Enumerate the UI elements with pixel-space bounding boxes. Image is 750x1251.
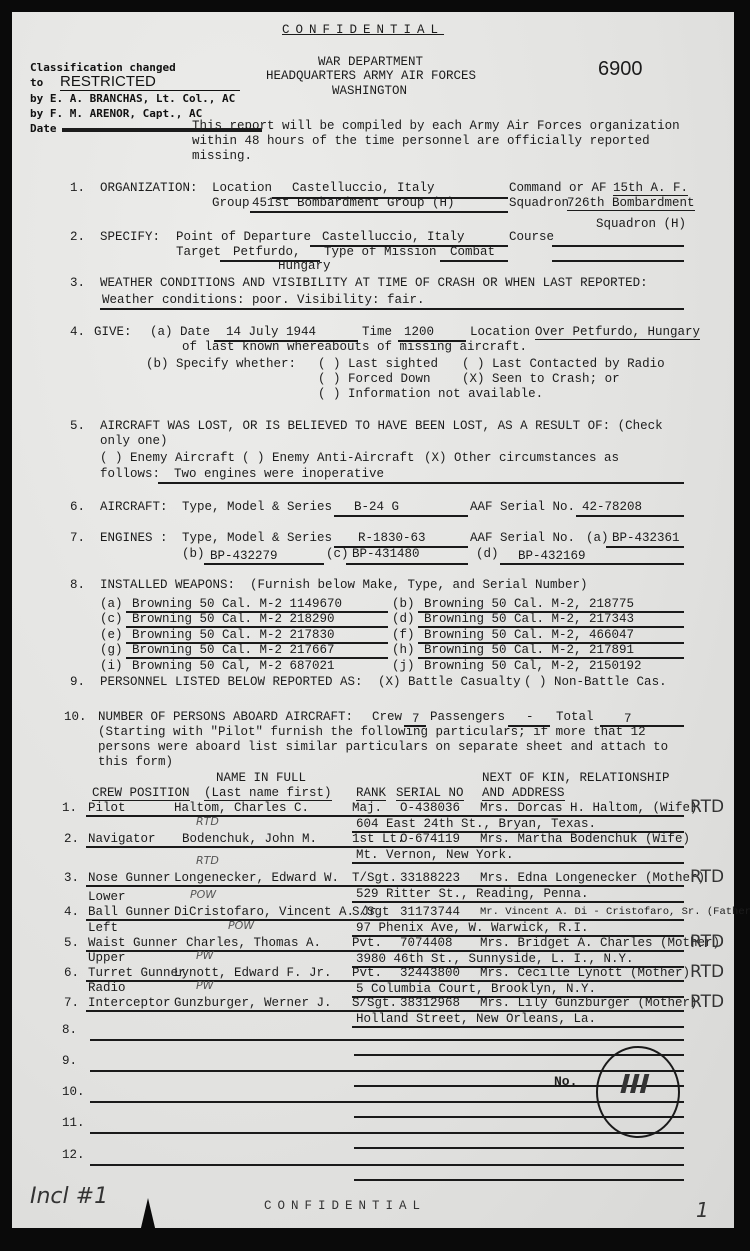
crew-next-of-kin: Mrs. Dorcas H. Haltom, (Wife) [480, 801, 698, 815]
crew-number: 1. [62, 801, 77, 815]
s7-engine-b-serial: BP-432279 [210, 549, 278, 563]
blank-row-number: 12. [62, 1148, 85, 1162]
col-rank: RANK [356, 786, 386, 801]
blank-row-number: 8. [62, 1023, 77, 1037]
handwritten-status: RTD [690, 962, 724, 982]
s10-passengers-label: Passengers [430, 710, 505, 724]
s2-mission-label: Type of Mission [324, 245, 437, 259]
crew-rank: T/Sgt. [352, 871, 397, 885]
s6-serial-value: 42-78208 [582, 500, 642, 514]
s6-serial-underline [576, 515, 684, 517]
crew-serial: 31173744 [400, 905, 460, 919]
blank-row-line[interactable] [90, 1132, 684, 1134]
s3-number: 3. [70, 276, 85, 290]
col-serial: SERIAL NO [396, 786, 464, 801]
handwritten-status: RTD [690, 797, 724, 817]
s5-follows-label: follows: [100, 467, 160, 481]
s2-departure-value: Castelluccio, Italy [322, 230, 465, 244]
s9-label: PERSONNEL LISTED BELOW REPORTED AS: [100, 675, 363, 689]
blank-row-line[interactable] [90, 1070, 684, 1072]
s4-option-last-sighted[interactable]: ( ) Last sighted [318, 357, 438, 371]
handwritten-annotation: POW [228, 919, 254, 932]
crew-position-prefix: Radio [88, 981, 126, 995]
city: WASHINGTON [332, 84, 407, 98]
crew-address: 97 Phenix Ave, W. Warwick, R.I. [356, 921, 589, 935]
s1-command-value: 15th A. F. [613, 181, 688, 196]
s4-date-label: (a) Date [150, 325, 210, 339]
crew-rank: 1st Lt. [352, 832, 405, 846]
page-mark: 1 [696, 1198, 709, 1222]
weapon-value: Browning 50 Cal. M-2, 466047 [424, 628, 634, 642]
crew-next-of-kin: Mrs. Bridget A. Charles (Mother) [480, 936, 720, 950]
s5-underline [158, 482, 684, 484]
crew-address-underline [352, 862, 684, 864]
blank-row-address-line[interactable] [354, 1179, 684, 1181]
s2-target-cont: Hungary [278, 259, 331, 273]
s1-group-label: Group [212, 196, 250, 210]
handwritten-annotation: PW [196, 949, 214, 962]
crew-address: 529 Ritter St., Reading, Penna. [356, 887, 589, 901]
s2-target-value: Petfurdo, [233, 245, 301, 259]
crew-serial: 38312968 [400, 996, 460, 1010]
s9-option-non-battle[interactable]: ( ) Non-Battle Cas. [524, 675, 667, 689]
weapon-key: (e) [100, 628, 123, 642]
paper-tear [140, 1198, 156, 1232]
crew-position: Nose Gunner [88, 871, 171, 885]
s2-target-label: Target [176, 245, 221, 259]
s9-option-battle-casualty[interactable]: (X) Battle Casualty [378, 675, 521, 689]
crew-rank: Maj. [352, 801, 382, 815]
s10-label: NUMBER OF PERSONS ABOARD AIRCRAFT: [98, 710, 353, 724]
col-kin-top: NEXT OF KIN, RELATIONSHIP [482, 771, 670, 785]
s4-time-value: 1200 [404, 325, 434, 339]
weapon-value: Browning 50 Cal. M-2 1149670 [132, 597, 342, 611]
crew-serial: 7074408 [400, 936, 453, 950]
crew-next-of-kin: Mrs. Edna Longenecker (Mother) [480, 871, 705, 885]
crew-number: 7. [64, 996, 79, 1010]
col-name: (Last name first) [204, 786, 332, 801]
s6-type-underline [334, 515, 468, 517]
s2-extra-underline [552, 260, 684, 262]
crew-serial: 33188223 [400, 871, 460, 885]
s1-squadron-cont: Squadron (H) [596, 217, 686, 231]
crew-position: Interceptor [88, 996, 171, 1010]
s10-instruction-2: persons were aboard list similar particu… [98, 740, 668, 754]
crew-number: 5. [64, 936, 79, 950]
stamp-no-label: No. [554, 1075, 577, 1089]
s7-serial-label: AAF Serial No. [470, 531, 575, 545]
crew-position: Ball Gunner [88, 905, 171, 919]
s1-label: ORGANIZATION: [100, 181, 198, 195]
s7-engine-b-key: (b) [182, 547, 205, 561]
stamp-line-3: by E. A. BRANCHAS, Lt. Col., AC [30, 93, 235, 105]
s5-line-1: AIRCRAFT WAS LOST, OR IS BELIEVED TO HAV… [100, 419, 663, 433]
handwritten-status: RTD [690, 992, 724, 1012]
department: WAR DEPARTMENT [318, 55, 423, 69]
s10-passengers-value: - [526, 710, 534, 724]
s10-instruction-3: this form) [98, 755, 173, 769]
s5-option-enemy-aircraft[interactable]: ( ) Enemy Aircraft [100, 451, 235, 465]
weapon-key: (d) [392, 612, 415, 626]
s1-group-value: 451st Bombardment Group (H) [252, 196, 455, 210]
s5-number: 5. [70, 419, 85, 433]
handwritten-status: RTD [690, 932, 724, 952]
handwritten-annotation: RTD [196, 854, 219, 867]
blank-row-number: 10. [62, 1085, 85, 1099]
s4-a-cont: of last known whereabouts of missing air… [182, 340, 527, 354]
s7-engine-c-key: (c) [326, 547, 349, 561]
s4-number: 4. [70, 325, 85, 339]
weapon-value: Browning 50 Cal. M-2, 217343 [424, 612, 634, 626]
crew-name: Bodenchuk, John M. [182, 832, 317, 846]
crew-position-prefix: Left [88, 921, 118, 935]
crew-number: 2. [64, 832, 79, 846]
weapon-key: (h) [392, 643, 415, 657]
handwritten-status: RTD [690, 867, 724, 887]
crew-next-of-kin: Mrs. Lily Gunzburger (Mother) [480, 996, 698, 1010]
crew-rank: Pvt. [352, 966, 382, 980]
s7-engine-d-underline [500, 563, 684, 565]
s4-b-label: (b) Specify whether: [146, 357, 296, 371]
blank-row-line[interactable] [90, 1164, 684, 1166]
s1-squadron-label: Squadron [509, 196, 569, 210]
crew-rank: S/Sgt. [352, 996, 397, 1010]
blank-row-line[interactable] [90, 1101, 684, 1103]
handwritten-annotation: PW [196, 979, 214, 992]
blank-row-line[interactable] [90, 1039, 684, 1041]
weapon-value: Browning 50 Cal, M-2, 2150192 [424, 659, 642, 673]
s2-label: SPECIFY: [100, 230, 160, 244]
inclosure-note: Incl #1 [30, 1184, 108, 1209]
s7-engine-a-key: (a) [586, 531, 609, 545]
intro-line-1: This report will be compiled by each Arm… [192, 119, 680, 133]
s10-crew-label: Crew [372, 710, 402, 724]
s1-number: 1. [70, 181, 85, 195]
s6-label: AIRCRAFT: [100, 500, 168, 514]
s10-total-label: Total [556, 710, 594, 724]
crew-address: 5 Columbia Court, Brooklyn, N.Y. [356, 982, 596, 996]
s7-engine-c-serial: BP-431480 [352, 547, 420, 561]
crew-name: Haltom, Charles C. [174, 801, 309, 815]
crew-position: Pilot [88, 801, 126, 815]
weapon-key: (c) [100, 612, 123, 626]
weapon-key: (i) [100, 659, 123, 673]
stamp-new-classification: RESTRICTED [60, 74, 240, 91]
crew-next-of-kin: Mr. Vincent A. Di - Cristofaro, Sr. (Fat… [480, 905, 750, 919]
s2-departure-label: Point of Departure [176, 230, 311, 244]
blank-row-number: 11. [62, 1116, 85, 1130]
s7-engine-a-serial: BP-432361 [612, 531, 680, 545]
s2-mission-value: Combat [450, 245, 495, 259]
report-number: 6900 [598, 58, 643, 80]
col-kin: AND ADDRESS [482, 786, 565, 801]
crew-name: Charles, Thomas A. [186, 936, 321, 950]
classification-bottom: CONFIDENTIAL [264, 1199, 426, 1213]
crew-name: Longenecker, Edward W. [174, 871, 339, 885]
s8-number: 8. [70, 578, 85, 592]
s3-label: WEATHER CONDITIONS AND VISIBILITY AT TIM… [100, 276, 648, 290]
crew-position: Waist Gunner [88, 936, 178, 950]
crew-next-of-kin: Mrs. Cecille Lynott (Mother) [480, 966, 690, 980]
crew-address: 3980 46th St., Sunnyside, L. I., N.Y. [356, 952, 634, 966]
stamp-line-4: by F. M. ARENOR, Capt., AC [30, 108, 202, 120]
s10-instruction-1: (Starting with "Pilot" furnish the follo… [98, 725, 646, 739]
s3-underline [100, 308, 684, 310]
crew-number: 3. [64, 871, 79, 885]
stamp-line-5: Date [30, 123, 57, 135]
s4-location-value: Over Petfurdo, Hungary [535, 325, 700, 340]
crew-address: Mt. Vernon, New York. [356, 848, 514, 862]
weapon-value: Browning 50 Cal. M-2 217667 [132, 643, 335, 657]
s2-course-label: Course [509, 230, 554, 244]
s10-number: 10. [64, 710, 87, 724]
s7-engine-a-underline [606, 546, 684, 548]
s10-crew-value: 7 [412, 712, 420, 726]
s7-type-label: Type, Model & Series [182, 531, 332, 545]
s4-location-label: Location [470, 325, 530, 339]
s4-date-value: 14 July 1944 [226, 325, 316, 339]
weapon-key: (g) [100, 643, 123, 657]
intro-line-3: missing. [192, 149, 252, 163]
s5-option-anti-aircraft[interactable]: ( ) Enemy Anti-Aircraft [242, 451, 415, 465]
s7-engine-c-underline [346, 563, 468, 565]
crew-position: Turret Gunner [88, 966, 186, 980]
s8-note: (Furnish below Make, Type, and Serial Nu… [250, 578, 588, 592]
weapon-value: Browning 50 Cal. M-2, 217891 [424, 643, 634, 657]
weapon-value: Browning 50 Cal. M-2, 218775 [424, 597, 634, 611]
crew-serial: O-438036 [400, 801, 460, 815]
s2-mission-underline [440, 260, 508, 262]
s4-option-last-contacted[interactable]: ( ) Last Contacted by Radio [462, 357, 665, 371]
handwritten-annotation: RTD [196, 815, 219, 828]
s1-group-underline [250, 211, 508, 213]
s7-engine-d-serial: BP-432169 [518, 549, 586, 563]
s7-type-value: R-1830-63 [358, 531, 426, 545]
s5-option-other[interactable]: (X) Other circumstances as [424, 451, 619, 465]
crew-rank: S/Sgt [352, 905, 390, 919]
weapon-key: (a) [100, 597, 123, 611]
s5-line-2: only one) [100, 434, 168, 448]
crew-position-prefix: Lower [88, 890, 126, 904]
col-name-top: NAME IN FULL [216, 771, 306, 785]
crew-position: Navigator [88, 832, 156, 846]
crew-name: Gunzburger, Werner J. [174, 996, 332, 1010]
crew-rank: Pvt. [352, 936, 382, 950]
s6-number: 6. [70, 500, 85, 514]
crew-address-underline [352, 1026, 684, 1028]
s6-type-value: B-24 G [354, 500, 399, 514]
s7-engine-b-underline [204, 563, 324, 565]
crew-address: Holland Street, New Orleans, La. [356, 1012, 596, 1026]
weapon-key: (f) [392, 628, 415, 642]
s8-label: INSTALLED WEAPONS: [100, 578, 235, 592]
crew-address: 604 East 24th St., Bryan, Texas. [356, 817, 596, 831]
weapon-key: (b) [392, 597, 415, 611]
s1-command-label: Command or AF [509, 181, 607, 195]
s7-number: 7. [70, 531, 85, 545]
s6-type-label: Type, Model & Series [182, 500, 332, 514]
s5-follows-value: Two engines were inoperative [174, 467, 384, 481]
crew-name: Lynott, Edward F. Jr. [174, 966, 332, 980]
crew-next-of-kin: Mrs. Martha Bodenchuk (Wife) [480, 832, 690, 846]
s2-course-underline [552, 245, 684, 247]
s3-value: Weather conditions: poor. Visibility: fa… [102, 293, 425, 307]
s1-location-value: Castelluccio, Italy [292, 181, 435, 195]
crew-serial: 32443800 [400, 966, 460, 980]
col-crew-position: CREW POSITION [92, 786, 190, 801]
crew-position-prefix: Upper [88, 951, 126, 965]
s7-label: ENGINES : [100, 531, 168, 545]
intro-line-2: within 48 hours of the time personnel ar… [192, 134, 650, 148]
scan-border [12, 1228, 737, 1251]
s4-time-label: Time [362, 325, 392, 339]
s2-number: 2. [70, 230, 85, 244]
s4-option-forced-down[interactable]: ( ) Forced Down [318, 372, 431, 386]
s6-serial-label: AAF Serial No. [470, 500, 575, 514]
s4-option-info-not-available[interactable]: ( ) Information not available. [318, 387, 543, 401]
s4-label: GIVE: [94, 325, 132, 339]
classification-top: CONFIDENTIAL [282, 23, 444, 37]
s4-option-seen-to-crash[interactable]: (X) Seen to Crash; or [462, 372, 620, 386]
s1-squadron-value: 726th Bombardment [567, 196, 695, 211]
s10-total-value: 7 [624, 712, 632, 726]
crew-serial: O-674119 [400, 832, 460, 846]
blank-row-address-line[interactable] [354, 1147, 684, 1149]
s7-engine-d-key: (d) [476, 547, 499, 561]
weapon-key: (j) [392, 659, 415, 673]
s9-number: 9. [70, 675, 85, 689]
blank-row-number: 9. [62, 1054, 77, 1068]
crew-number: 6. [64, 966, 79, 980]
weapon-value: Browning 50 Cal, M-2 687021 [132, 659, 335, 673]
weapon-value: Browning 50 Cal. M-2 218290 [132, 612, 335, 626]
crew-address-underline [352, 901, 684, 903]
stamp-line-2-label: to [30, 77, 43, 89]
crew-number: 4. [64, 905, 79, 919]
s1-location-label: Location [212, 181, 272, 195]
handwritten-annotation: POW [190, 888, 216, 901]
headquarters: HEADQUARTERS ARMY AIR FORCES [266, 69, 476, 83]
weapon-value: Browning 50 Cal. M-2 217830 [132, 628, 335, 642]
